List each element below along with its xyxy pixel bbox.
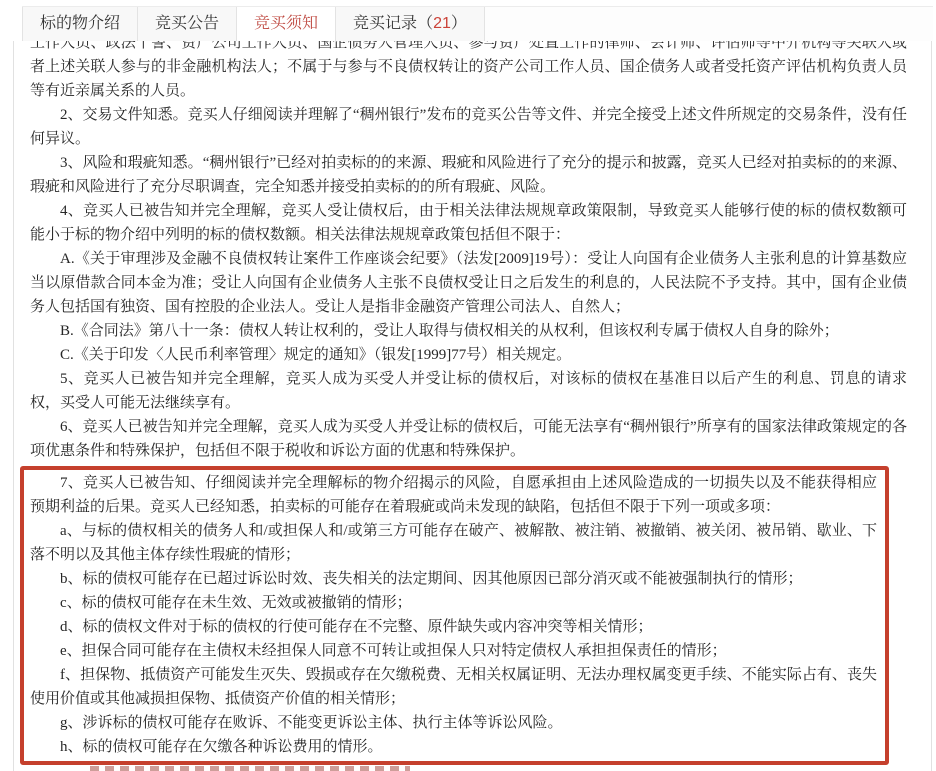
detail-tabbar: 标的物介绍 竞买公告 竞买须知 竞买记录（21） xyxy=(22,6,933,41)
clause-4-item-c: C.《关于印发〈人民币利率管理〉规定的通知》（银发[1999]77号）相关规定。 xyxy=(30,343,907,367)
clipped-next-line xyxy=(90,766,410,771)
clause-4-item-b: B.《合同法》第八十一条：债权人转让权利的，受让人取得与债权相关的从权利，但该权… xyxy=(30,319,907,343)
tab-item-intro[interactable]: 标的物介绍 xyxy=(22,7,138,41)
clause-7-item-f: f、担保物、抵债资产可能发生灭失、毁损或存在欠缴税费、无相关权属证明、无法办理权… xyxy=(30,663,877,711)
tab-bid-instructions[interactable]: 竞买须知 xyxy=(237,7,336,41)
clause-7: 7、竞买人已被告知、仔细阅读并完全理解标的物介绍揭示的风险，自愿承担由上述风险造… xyxy=(30,471,877,519)
records-paren-open: （ xyxy=(417,15,433,32)
clause-6: 6、竞买人已被告知并完全理解，竞买人成为买受人并受让标的债权后，可能无法享有“稠… xyxy=(30,415,907,463)
clause-2: 2、交易文件知悉。竞买人仔细阅读并理解了“稠州银行”发布的竞买公告等文件、并完全… xyxy=(30,103,907,151)
clause-4: 4、竞买人已被告知并完全理解，竞买人受让债权后，由于相关法律法规规章政策限制，导… xyxy=(30,199,907,247)
clause-7-item-d: d、标的债权文件对于标的债权的行使可能存在不完整、原件缺失或内容冲突等相关情形； xyxy=(30,615,877,639)
clause-4-item-a: A.《关于审理涉及金融不良债权转让案件工作座谈会纪要》（法发[2009]19号）… xyxy=(30,247,907,319)
clause-continued: 工作人员、政法干警、资产公司工作人员、国企债务人管理人员、参与资产处置工作的律师… xyxy=(30,41,907,103)
clause-7-item-b: b、标的债权可能存在已超过诉讼时效、丧失相关的法定期间、因其他原因已部分消灭或不… xyxy=(30,567,877,591)
clause-7-item-e: e、担保合同可能存在主债权未经担保人同意不可转让或担保人只对特定债权人承担担保责… xyxy=(30,639,877,663)
records-paren-close: ） xyxy=(451,15,467,32)
clause-7-item-h: h、标的债权可能存在欠缴各种诉讼费用的情形。 xyxy=(30,735,877,759)
clause-5: 5、竞买人已被告知并完全理解，竞买人成为买受人并受让标的债权后，对该标的债权在基… xyxy=(30,367,907,415)
tab-bid-records[interactable]: 竞买记录（21） xyxy=(336,7,485,41)
clause-7-item-c: c、标的债权可能存在未生效、无效或被撤销的情形； xyxy=(30,591,877,615)
clause-7-item-a: a、与标的债权相关的债务人和/或担保人和/或第三方可能存在破产、被解散、被注销、… xyxy=(30,519,877,567)
highlighted-risk-clause-box: 7、竞买人已被告知、仔细阅读并完全理解标的物介绍揭示的风险，自愿承担由上述风险造… xyxy=(20,466,889,765)
bid-instructions-panel[interactable]: 工作人员、政法干警、资产公司工作人员、国企债务人管理人员、参与资产处置工作的律师… xyxy=(13,41,932,771)
bid-instructions-text: 工作人员、政法干警、资产公司工作人员、国企债务人管理人员、参与资产处置工作的律师… xyxy=(14,41,931,771)
clause-7-item-g: g、涉诉标的债权可能存在败诉、不能变更诉讼主体、执行主体等诉讼风险。 xyxy=(30,711,877,735)
tab-bid-records-label: 竞买记录 xyxy=(353,15,417,32)
tab-bid-notice[interactable]: 竞买公告 xyxy=(138,7,237,41)
records-count-badge: 21 xyxy=(433,15,451,32)
clause-3: 3、风险和瑕疵知悉。“稠州银行”已经对拍卖标的的来源、瑕疵和风险进行了充分的提示… xyxy=(30,151,907,199)
auction-detail-page: 标的物介绍 竞买公告 竞买须知 竞买记录（21） 工作人员、政法干警、资产公司工… xyxy=(0,0,936,771)
tabbar-filler xyxy=(485,7,933,41)
